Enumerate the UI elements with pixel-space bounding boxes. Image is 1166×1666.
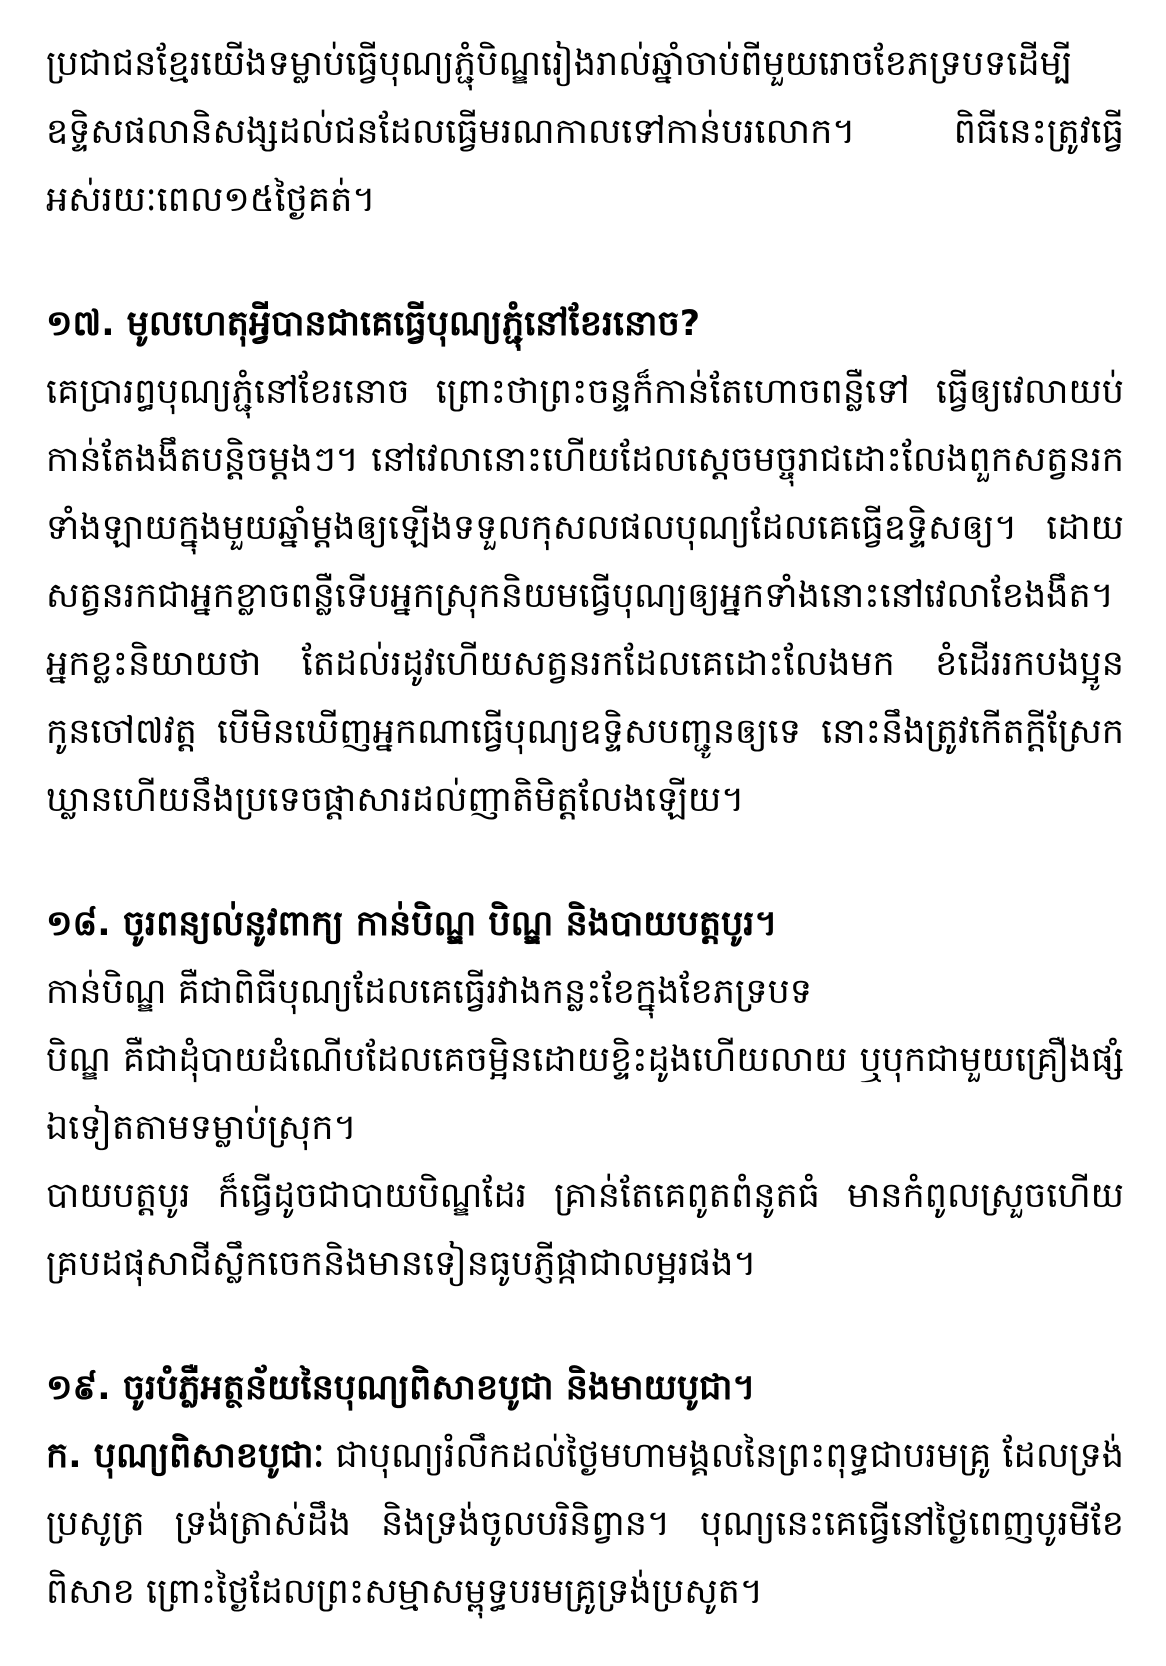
section-17: ១៧. មូលហេតុអ្វីបានជាគេធ្វើបុណ្យភ្ជុំនៅខែ… <box>46 290 1124 834</box>
section-17-paragraph-1: គេប្រារព្ធបុណ្យភ្ជុំនៅខែរនោច ព្រោះថាព្រះ… <box>46 358 1124 630</box>
document-page: ប្រជាជនខ្មែរយើងទម្លាប់ធ្វើបុណ្យភ្ជុំបិណ្… <box>0 0 1166 1666</box>
section-17-paragraph-2: អ្នកខ្លះនិយាយថា តែដល់រដូវហើយសត្វនរកដែលគេ… <box>46 630 1124 834</box>
section-19: ១៩. ចូរបំភ្លឺអត្ថន័យនៃបុណ្យពិសាខបូជា និង… <box>46 1354 1124 1626</box>
section-18-heading: ១៨. ចូរពន្យល់នូវពាក្យ កាន់បិណ្ឌ បិណ្ឌ និ… <box>46 890 1124 958</box>
section-19-lead-term: ក. បុណ្យពិសាខបូជាៈ <box>46 1436 324 1476</box>
section-19-heading: ១៩. ចូរបំភ្លឺអត្ថន័យនៃបុណ្យពិសាខបូជា និង… <box>46 1354 1124 1422</box>
section-19-paragraph-1: ក. បុណ្យពិសាខបូជាៈ ជាបុណ្យរំលឹកដល់ថ្ងៃមហ… <box>46 1422 1124 1626</box>
section-17-heading: ១៧. មូលហេតុអ្វីបានជាគេធ្វើបុណ្យភ្ជុំនៅខែ… <box>46 290 1124 358</box>
section-18-paragraph-1: កាន់បិណ្ឌ គឺជាពិធីបុណ្យដែលគេធ្វើរវាងកន្ល… <box>46 958 1124 1026</box>
section-18: ១៨. ចូរពន្យល់នូវពាក្យ កាន់បិណ្ឌ បិណ្ឌ និ… <box>46 890 1124 1298</box>
intro-paragraph: ប្រជាជនខ្មែរយើងទម្លាប់ធ្វើបុណ្យភ្ជុំបិណ្… <box>46 30 1124 234</box>
section-18-paragraph-2: បិណ្ឌ គឺជាដុំបាយដំណើបដែលគេចម្អិនដោយខ្ទិះ… <box>46 1026 1124 1162</box>
section-18-paragraph-3: បាយបត្តបូរ ក៏ធ្វើដូចជាបាយបិណ្ឌដែរ គ្រាន់… <box>46 1162 1124 1298</box>
